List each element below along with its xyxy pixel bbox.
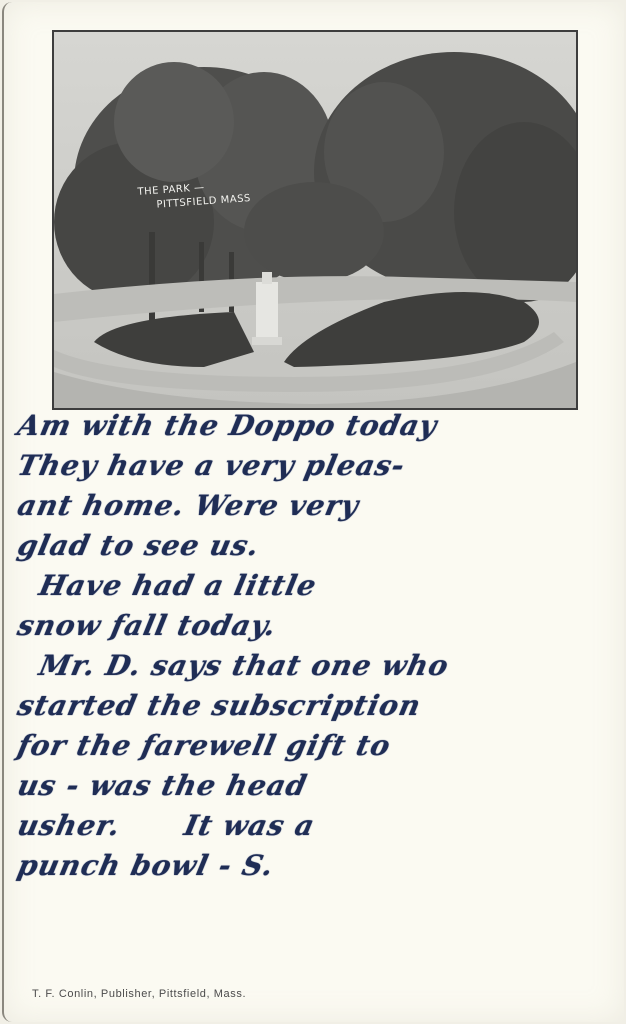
postcard: THE PARK — PITTSFIELD MASS Am with the D… xyxy=(2,2,624,1022)
message-line: Am with the Doppo today xyxy=(14,406,623,446)
message-line: started the subscription xyxy=(14,686,623,726)
message-line: ant home. Were very xyxy=(14,486,623,526)
park-scene-illustration xyxy=(54,32,576,408)
message-signature-line: punch bowl - S. xyxy=(14,846,623,886)
message-line: us - was the head xyxy=(14,766,623,806)
message-line: usher. It was a xyxy=(14,806,623,846)
message-line: Mr. D. says that one who xyxy=(14,646,623,686)
message-line: glad to see us. xyxy=(14,526,623,566)
message-line: snow fall today. xyxy=(14,606,623,646)
message-line: They have a very pleas- xyxy=(14,446,623,486)
message-line: for the farewell gift to xyxy=(14,726,623,766)
park-photograph: THE PARK — PITTSFIELD MASS xyxy=(52,30,578,410)
publisher-imprint: T. F. Conlin, Publisher, Pittsfield, Mas… xyxy=(32,988,246,1000)
message-line: Have had a little xyxy=(14,566,623,606)
handwritten-message: Am with the Doppo today They have a very… xyxy=(18,406,618,886)
